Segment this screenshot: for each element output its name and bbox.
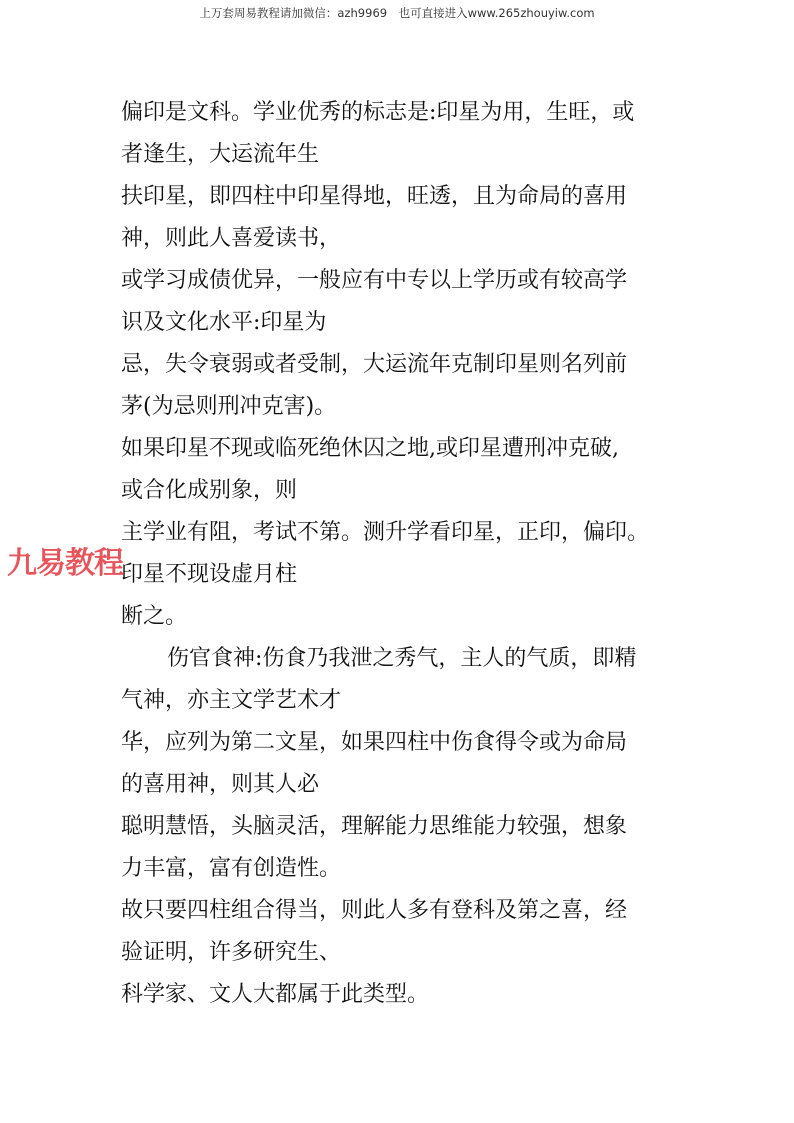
text-line: 的喜用神，则其人必	[121, 764, 677, 806]
text-line: 华，应列为第二文星，如果四柱中伤食得令或为命局	[121, 722, 677, 764]
text-line: 识及文化水平:印星为	[121, 302, 677, 344]
text-line: 偏印是文科。学业优秀的标志是:印星为用，生旺，或	[121, 92, 677, 134]
text-line: 聪明慧悟，头脑灵活，理解能力思维能力较强，想象	[121, 806, 677, 848]
text-line: 科学家、文人大都属于此类型。	[121, 974, 677, 1016]
text-line: 力丰富，富有创造性。	[121, 848, 677, 890]
text-line: 印星不现设虚月柱	[121, 554, 677, 596]
paragraph-start-line: 伤官食神:伤食乃我泄之秀气，主人的气质，即精	[121, 638, 677, 680]
header-promo-note: 上万套周易教程请加微信：azh9969 也可直接进入www.265zhouyiw…	[0, 5, 794, 21]
text-line: 如果印星不现或临死绝休囚之地,或印星遭刑冲克破,	[121, 428, 677, 470]
watermark-logo: 九易教程	[7, 546, 123, 582]
text-line: 断之。	[121, 596, 677, 638]
text-line: 神，则此人喜爱读书，	[121, 218, 677, 260]
text-line: 忌，失令衰弱或者受制，大运流年克制印星则名列前	[121, 344, 677, 386]
text-line: 或学习成债优异，一般应有中专以上学历或有较高学	[121, 260, 677, 302]
text-line: 气神，亦主文学艺术才	[121, 680, 677, 722]
text-line: 或合化成别象，则	[121, 470, 677, 512]
document-body: 偏印是文科。学业优秀的标志是:印星为用，生旺，或 者逢生，大运流年生 扶印星，即…	[121, 92, 677, 1016]
text-line: 验证明，许多研究生、	[121, 932, 677, 974]
text-line: 扶印星，即四柱中印星得地，旺透，且为命局的喜用	[121, 176, 677, 218]
text-line: 茅(为忌则刑冲克害)。	[121, 386, 677, 428]
text-line: 故只要四柱组合得当，则此人多有登科及第之喜，经	[121, 890, 677, 932]
text-line: 主学业有阻，考试不第。测升学看印星，正印，偏印。	[121, 512, 677, 554]
text-line: 者逢生，大运流年生	[121, 134, 677, 176]
